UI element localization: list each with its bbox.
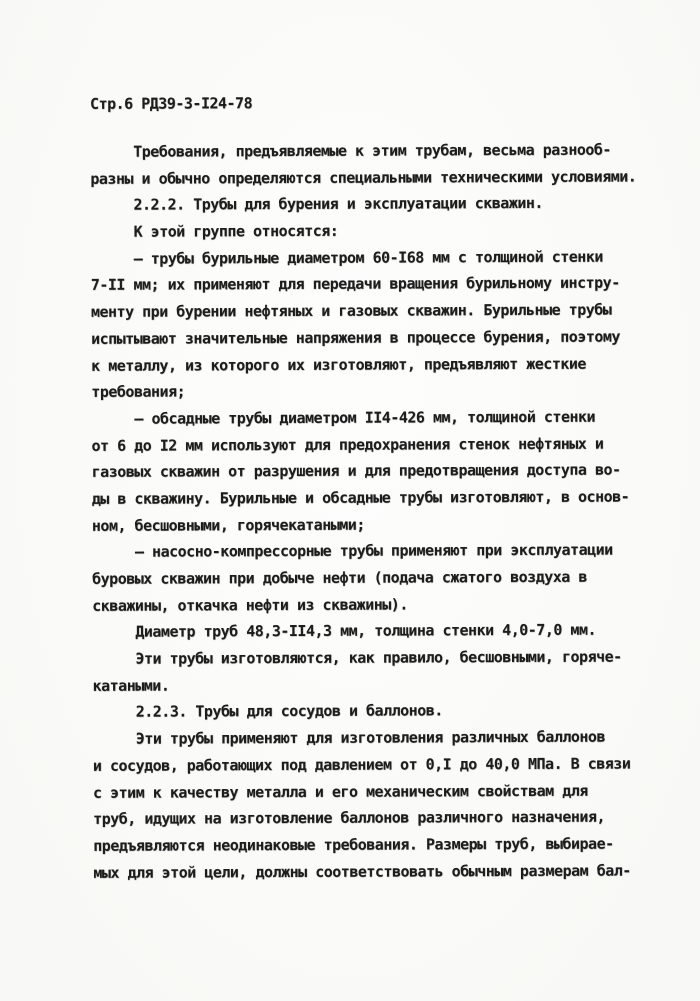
- text-line: буровых скважин при добыче нефти (подача…: [92, 563, 644, 592]
- text-line: труб, идущих на изготовление баллонов ра…: [93, 804, 645, 833]
- text-line: предъявляются неодинаковые требования. Р…: [93, 830, 645, 859]
- text-line: ном, бесшовными, горячекатаными;: [92, 510, 644, 539]
- text-line: Эти трубы изготовляются, как правило, бе…: [92, 644, 644, 673]
- text-line: ды в скважину. Бурильные и обсадные труб…: [92, 483, 644, 512]
- document-body: Требования, предъявляемые к этим трубам,…: [90, 136, 645, 886]
- text-line: Требования, предъявляемые к этим трубам,…: [90, 136, 642, 165]
- text-line: К этой группе относятся:: [91, 217, 643, 246]
- text-line: испытывают значительные напряжения в про…: [91, 323, 643, 352]
- text-line: мых для этой цели, должны соответствоват…: [93, 857, 645, 886]
- text-line: Эти трубы применяют для изготовления раз…: [93, 724, 645, 753]
- document-scan-area: Стр.6 РД39-3-I24-78 Требования, предъявл…: [0, 0, 700, 1001]
- text-line: к металлу, из которого их изготовляют, п…: [91, 350, 643, 379]
- text-line: скважины, откачка нефти из скважины).: [92, 590, 644, 619]
- text-line: Диаметр труб 48,3-II4,3 мм, толщина стен…: [92, 617, 644, 646]
- page-header: Стр.6 РД39-3-I24-78: [90, 94, 252, 113]
- text-line: – трубы бурильные диаметром 60-I68 мм с …: [91, 243, 643, 272]
- text-line: – насосно-компрессорные трубы применяют …: [92, 537, 644, 566]
- text-line: и сосудов, работающих под давлением от 0…: [93, 750, 645, 779]
- text-line: катаными.: [92, 670, 644, 699]
- text-line: разны и обычно определяются специальными…: [90, 163, 642, 192]
- text-line: 7-II мм; их применяют для передачи враще…: [91, 270, 643, 299]
- text-line: с этим к качеству металла и его механиче…: [93, 777, 645, 806]
- text-line: 2.2.2. Трубы для бурения и эксплуатации …: [90, 190, 642, 219]
- text-line: 2.2.3. Трубы для сосудов и баллонов.: [93, 697, 645, 726]
- text-line: требования;: [91, 377, 643, 406]
- text-line: менту при бурении нефтяных и газовых скв…: [91, 297, 643, 326]
- text-line: газовых скважин от разрушения и для пред…: [92, 457, 644, 486]
- text-line: от 6 до I2 мм используют для предохранен…: [91, 430, 643, 459]
- text-line: – обсадные трубы диаметром II4-426 мм, т…: [91, 403, 643, 432]
- scanned-document-page: Стр.6 РД39-3-I24-78 Требования, предъявл…: [0, 0, 700, 1001]
